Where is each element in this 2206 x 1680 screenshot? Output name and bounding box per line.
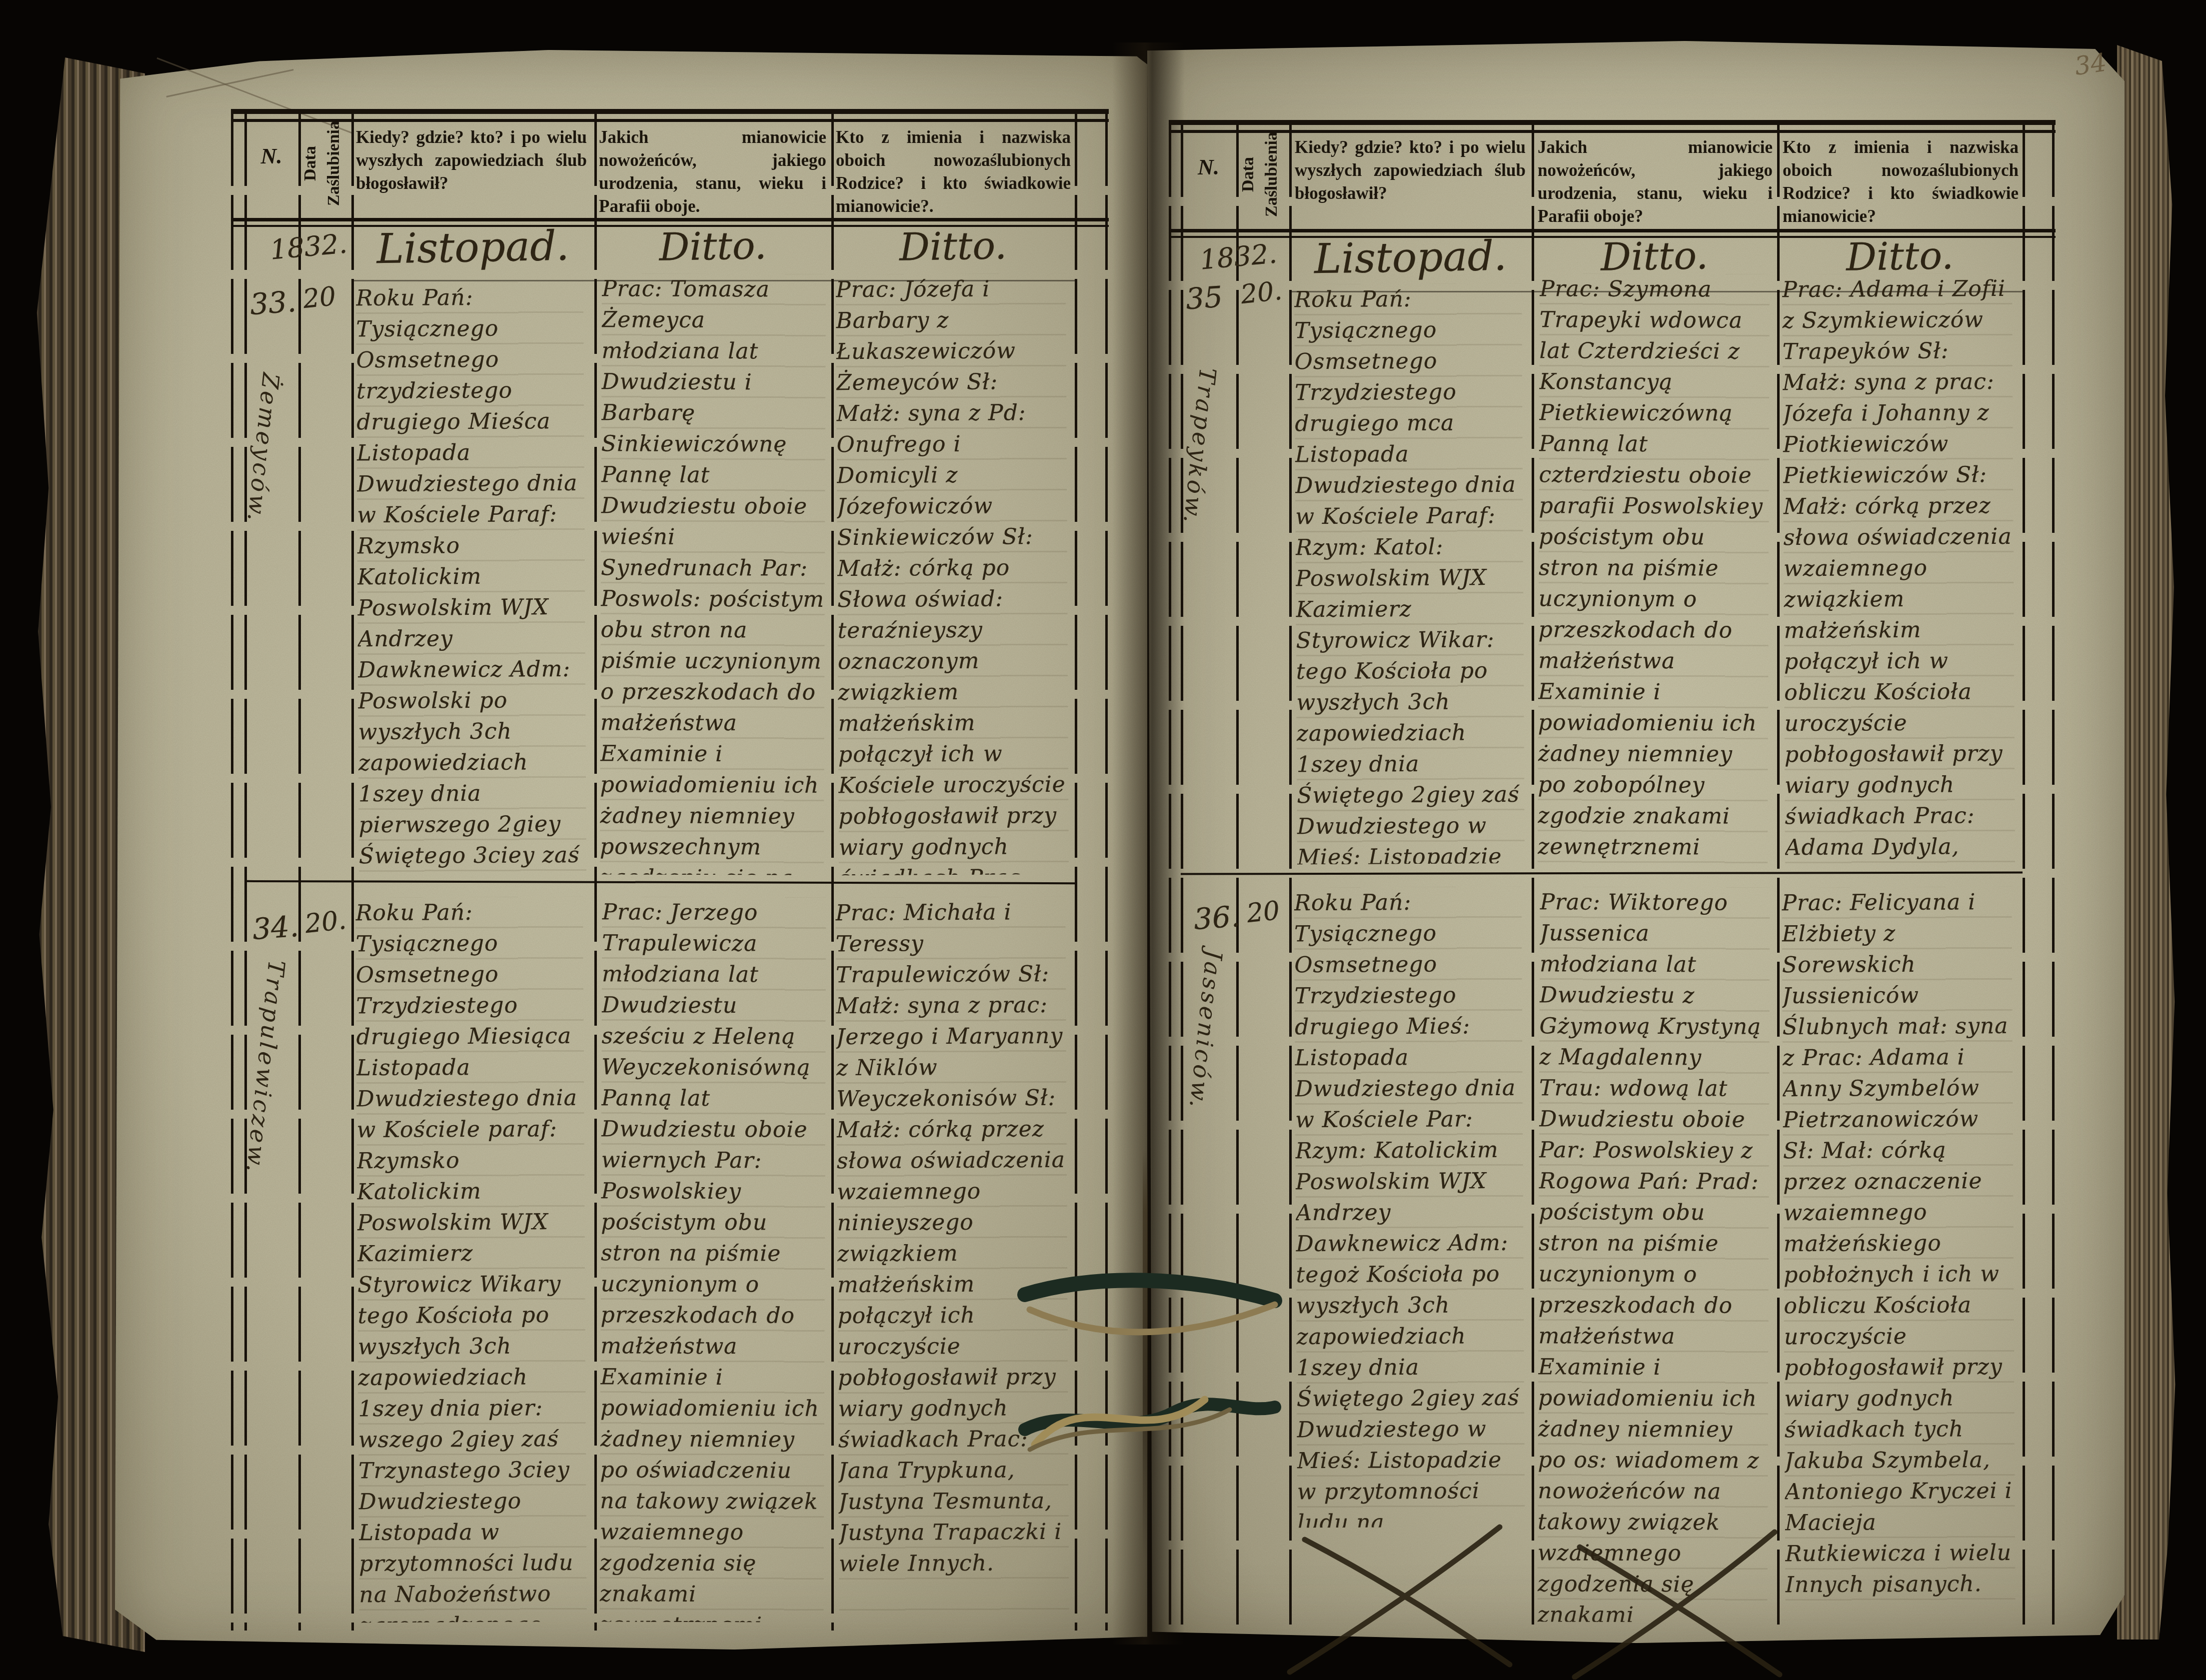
table-border-line (831, 111, 834, 1631)
column-header-number: N. (1181, 156, 1236, 179)
entry-number: 35 (1185, 280, 1224, 316)
entry-cell-when-where-who: Roku Pań: Tysiącznego Osmsetnego Trzydzi… (355, 897, 587, 1623)
right-page-stack-edge (2117, 45, 2177, 1640)
entry-day: 20. (1239, 276, 1284, 310)
entry-number: 34. (251, 909, 300, 946)
table-border-line (1169, 130, 2056, 133)
ditto-label: Ditto. (594, 222, 831, 270)
column-header-newlyweds: Jakich mianowicie nowożeńców, jakiego ur… (599, 126, 826, 218)
gutter-crack (1143, 1150, 1148, 1560)
column-header-newlyweds: Jakich mianowicie nowożeńców, jakiego ur… (1538, 136, 1773, 228)
column-header-parents-witnesses: Kto z imienia i nazwiska oboich nowozaśl… (1783, 136, 2019, 228)
entry-cell-parents-witnesses: Prac: Michała i Teressy Trapulewiczów Sł… (835, 897, 1069, 1623)
entry-day: 20 (301, 281, 337, 315)
column-header-number: N. (244, 145, 298, 168)
column-header-when-where-who: Kiedy? gdzie? kto? i po wielu wyszłych z… (1295, 136, 1526, 205)
year-label: 1832. (1199, 237, 1278, 275)
table-border-line (1236, 122, 1239, 1627)
entry-cell-when-where-who: Roku Pań: Tysiącznego Osmsetnego Trzydzi… (1294, 887, 1525, 1528)
table-border-line (1777, 122, 1780, 1627)
table-border-line (1105, 111, 1108, 1631)
table-border-line (1169, 120, 2056, 125)
entry-cell-when-where-who: Roku Pań: Tysiącznego Osmsetnego trzydzi… (356, 282, 586, 875)
table-border-line (244, 111, 247, 1631)
column-header-parents-witnesses: Kto z imienia i nazwiska oboich nowozaśl… (836, 126, 1071, 218)
table-border-line (2023, 122, 2025, 1627)
ditto-label: Ditto. (831, 222, 1075, 270)
table-border-line (231, 119, 1109, 122)
table-border-line (594, 111, 597, 1631)
table-border-line (1169, 229, 2056, 232)
entry-cell-newlyweds: Prac: Tomasza Żemeyca młodziana lat Dwud… (600, 273, 826, 875)
column-header-when-where-who: Kiedy? gdzie? kto? i po wielu wyszłych z… (356, 126, 587, 195)
year-label: 1832. (269, 227, 348, 265)
entry-day: 20. (303, 905, 348, 939)
entry-cell-parents-witnesses: Prac: Józefa i Barbary z Łukaszewiczów Ż… (836, 273, 1069, 875)
table-border-line (2052, 122, 2055, 1627)
month-label: Listopad. (1289, 232, 1532, 283)
entry-day: 20 (1245, 896, 1281, 929)
entry-cell-parents-witnesses: Prac: Adama i Zofii z Szymkiewiczów Trap… (1782, 273, 2015, 864)
table-border-line (1532, 122, 1534, 1627)
register-book-scan: N. Data Zaślubienia Kiedy? gdzie? kto? i… (0, 0, 2206, 1680)
table-border-line (1289, 122, 1292, 1627)
table-border-line (231, 109, 1109, 114)
entry-cell-newlyweds: Prac: Jerzego Trapulewicza młodziana lat… (599, 897, 826, 1623)
table-border-line (231, 111, 233, 1631)
entry-cell-parents-witnesses: Prac: Felicyana i Elżbiety z Sorewskich … (1782, 887, 2016, 1623)
entry-cell-newlyweds: Prac: Szymona Trapeyki wdowca lat Czterd… (1538, 273, 1770, 864)
table-border-line (1075, 111, 1077, 1631)
entry-cell-newlyweds: Prac: Wiktorego Jussenica młodziana lat … (1537, 887, 1770, 1623)
entry-cell-when-where-who: Roku Pań: Tysiącznego Osmsetnego Trzydzi… (1294, 283, 1525, 864)
column-header-wedding-date: Data Zaślubienia (298, 111, 351, 216)
month-label: Listopad. (351, 222, 595, 273)
gutter-shadow (1112, 42, 1185, 1645)
table-border-line (351, 111, 354, 1631)
entry-number: 33. (249, 284, 297, 321)
table-border-line (298, 111, 301, 1631)
table-border-line (231, 218, 1109, 221)
column-header-wedding-date: Data Zaślubienia (1236, 122, 1289, 227)
entry-number: 36. (1193, 899, 1241, 936)
